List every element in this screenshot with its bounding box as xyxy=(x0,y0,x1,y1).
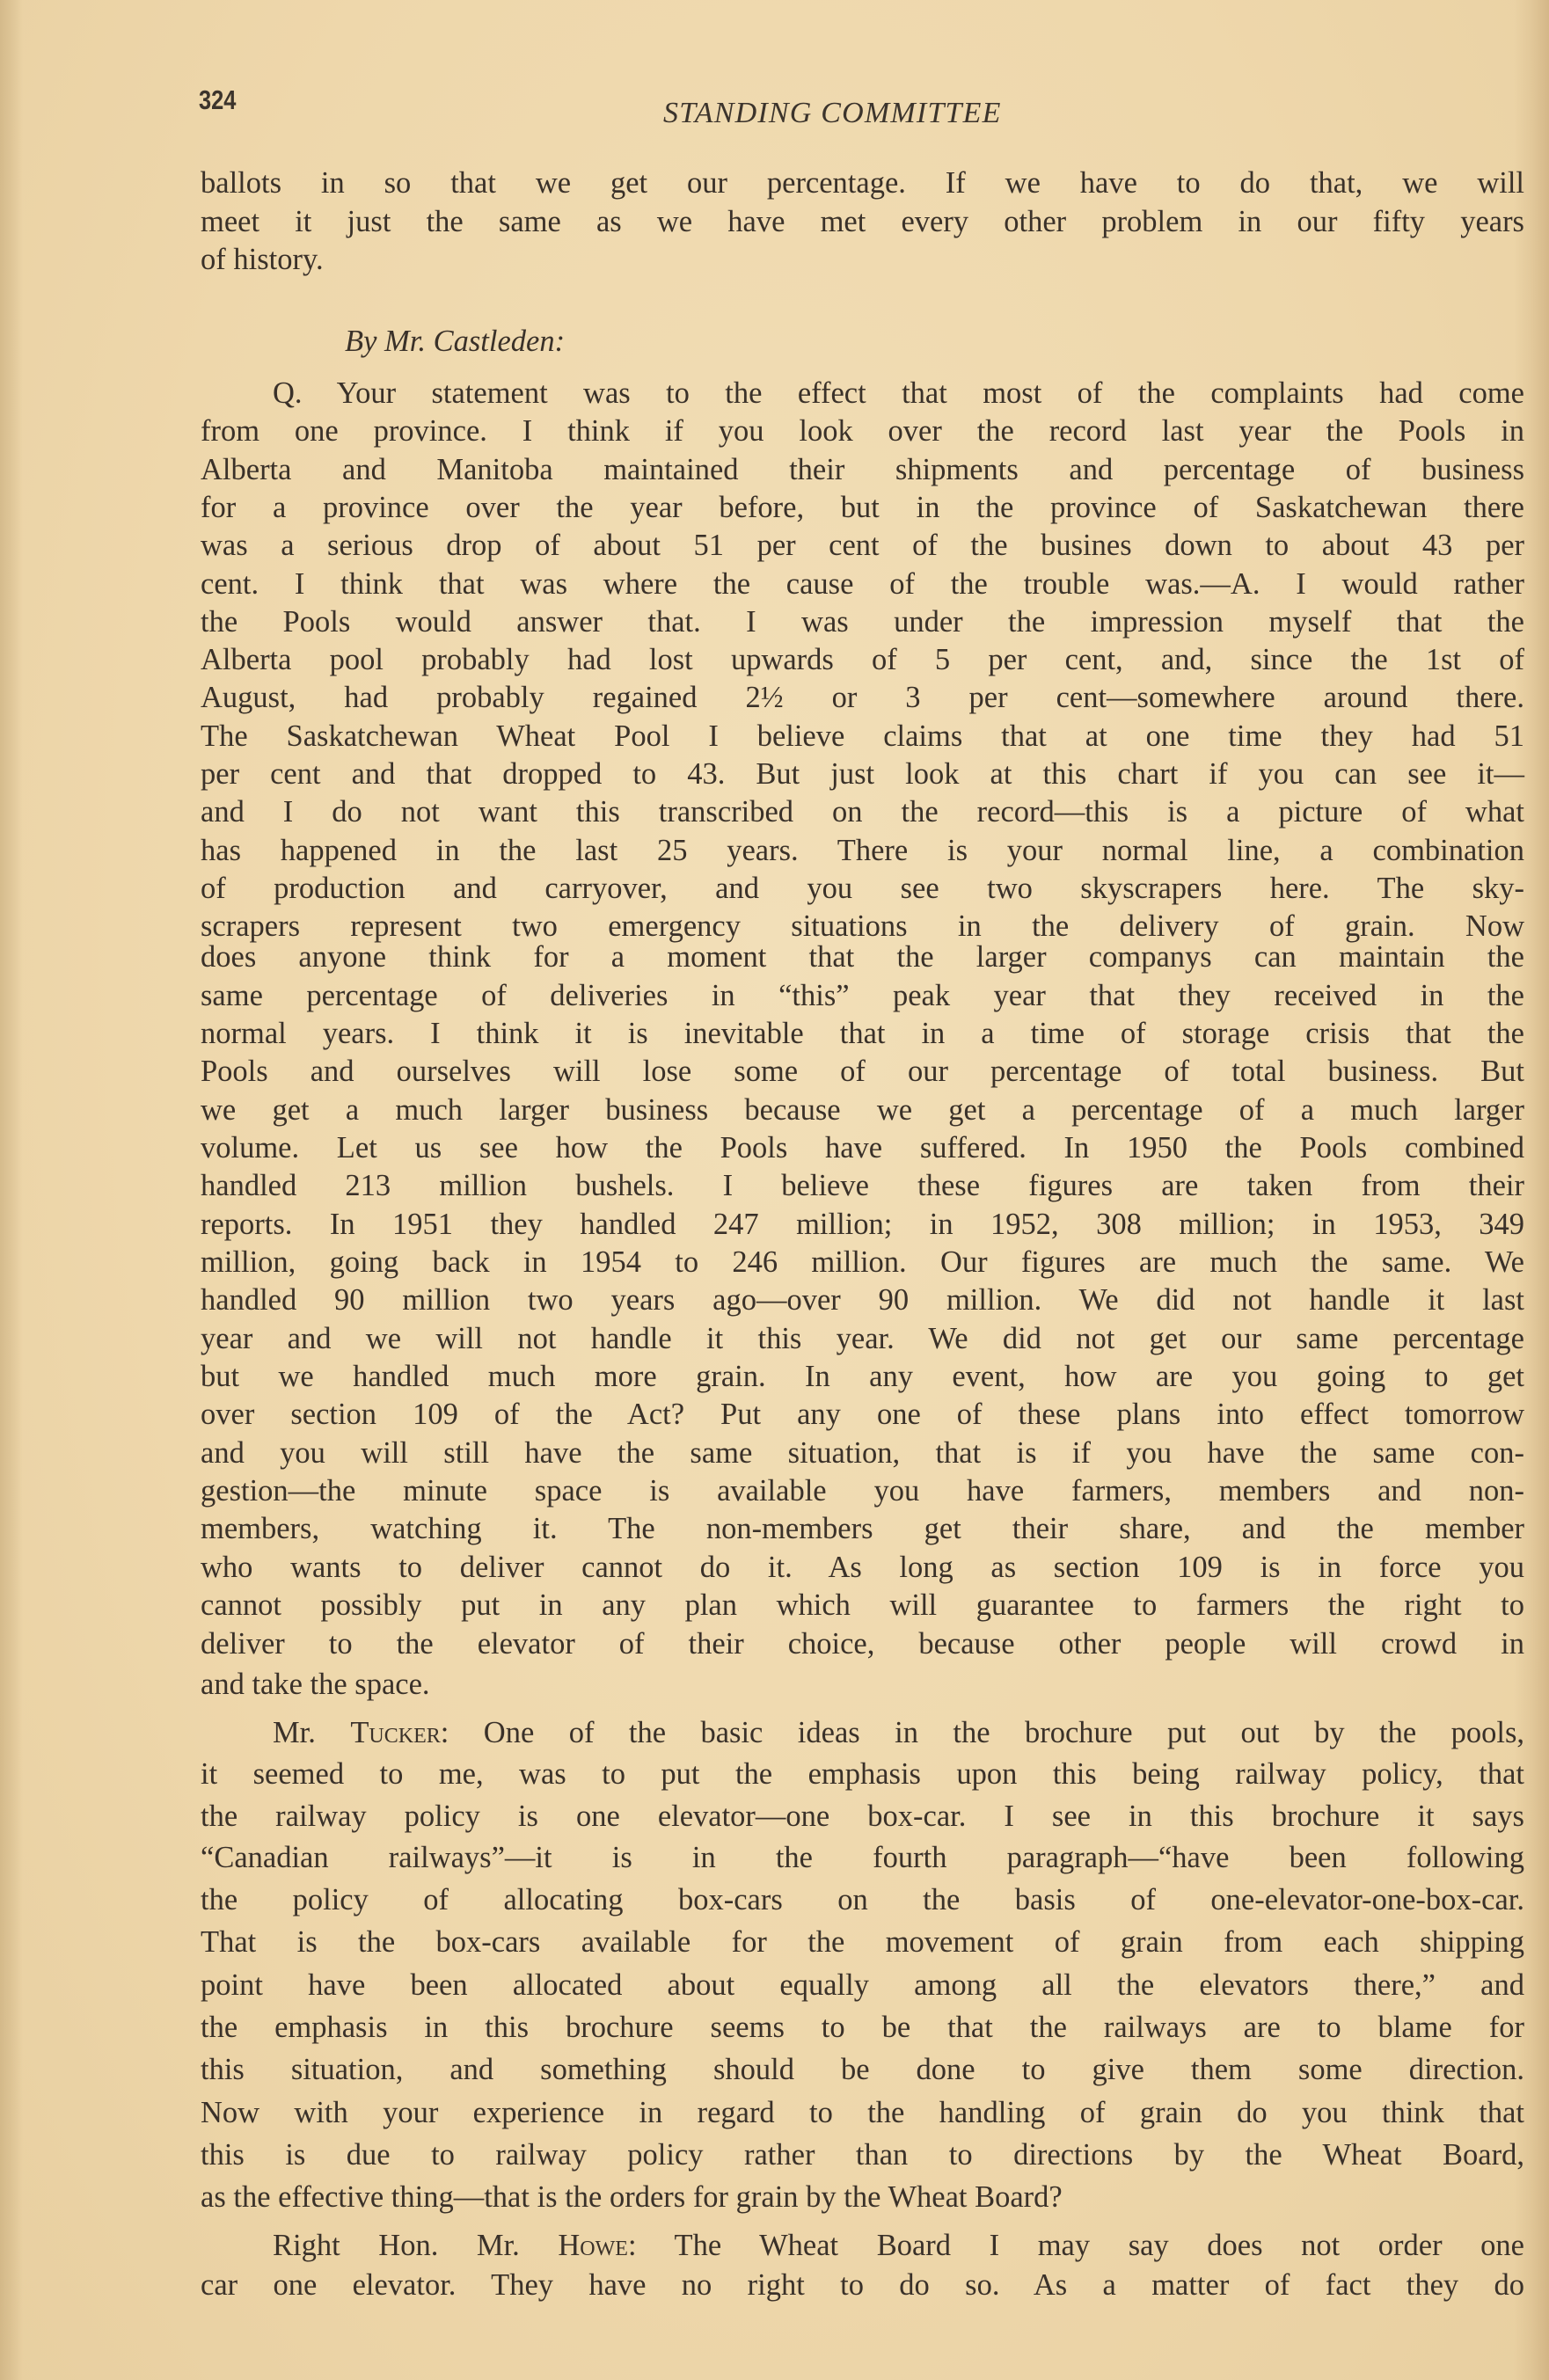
text-line: year and we will not handle it this year… xyxy=(201,1321,1524,1356)
text-line: of history. xyxy=(201,242,1524,277)
document-page: 324 STANDING COMMITTEE ballots in so tha… xyxy=(0,0,1549,2380)
text-line: The Saskatchewan Wheat Pool I believe cl… xyxy=(201,719,1524,754)
text-line: Right Hon. Mr. Howe: The Wheat Board I m… xyxy=(201,2228,1524,2263)
text-line: August, had probably regained 2½ or 3 pe… xyxy=(201,680,1524,715)
speaker-prefix: Right Hon. Mr. xyxy=(273,2229,558,2262)
text-line: handled 90 million two years ago—over 90… xyxy=(201,1282,1524,1318)
questioner-byline: By Mr. Castleden: xyxy=(345,324,565,359)
text-line: this situation, and something should be … xyxy=(201,2052,1524,2087)
text-line: Now with your experience in regard to th… xyxy=(201,2095,1524,2130)
text-line: deliver to the elevator of their choice,… xyxy=(201,1626,1524,1661)
text-line: million, going back in 1954 to 246 milli… xyxy=(201,1245,1524,1280)
text-line: Alberta and Manitoba maintained their sh… xyxy=(201,452,1524,487)
text-line: Alberta pool probably had lost upwards o… xyxy=(201,642,1524,677)
text-line: the Pools would answer that. I was under… xyxy=(201,604,1524,639)
text-line: and take the space. xyxy=(201,1667,1524,1702)
text-line: reports. In 1951 they handled 247 millio… xyxy=(201,1207,1524,1242)
text-line: this is due to railway policy rather tha… xyxy=(201,2137,1524,2172)
text-line: for a province over the year before, but… xyxy=(201,490,1524,525)
text-line: cannot possibly put in any plan which wi… xyxy=(201,1588,1524,1623)
text-line: over section 109 of the Act? Put any one… xyxy=(201,1397,1524,1432)
text-line: scrapers represent two emergency situati… xyxy=(201,909,1524,944)
text-line: the emphasis in this brochure seems to b… xyxy=(201,2010,1524,2045)
text-line: volume. Let us see how the Pools have su… xyxy=(201,1130,1524,1165)
text-line: has happened in the last 25 years. There… xyxy=(201,833,1524,868)
text-line: car one elevator. They have no right to … xyxy=(201,2267,1524,2303)
text-line: as the effective thing—that is the order… xyxy=(201,2179,1524,2215)
text-line: Q. Your statement was to the effect that… xyxy=(201,376,1524,411)
text-line: who wants to deliver cannot do it. As lo… xyxy=(201,1550,1524,1585)
text-line: That is the box-cars available for the m… xyxy=(201,1924,1524,1960)
text-line: the policy of allocating box-cars on the… xyxy=(201,1882,1524,1917)
text-line: ballots in so that we get our percentage… xyxy=(201,165,1524,201)
page-number: 324 xyxy=(199,84,236,116)
text-line: Pools and ourselves will lose some of ou… xyxy=(201,1054,1524,1089)
text-line: from one province. I think if you look o… xyxy=(201,413,1524,449)
speaker-name: Tucker xyxy=(350,1716,440,1749)
text-line: we get a much larger business because we… xyxy=(201,1092,1524,1128)
text-line: cent. I think that was where the cause o… xyxy=(201,566,1524,602)
text-line: gestion—the minute space is available yo… xyxy=(201,1473,1524,1508)
text-line: point have been allocated about equally … xyxy=(201,1968,1524,2003)
text-line: meet it just the same as we have met eve… xyxy=(201,204,1524,239)
speaker-prefix: Mr. xyxy=(273,1716,350,1749)
text-line: it seemed to me, was to put the emphasis… xyxy=(201,1756,1524,1792)
text-line: Mr. Tucker: One of the basic ideas in th… xyxy=(201,1715,1524,1750)
text-line: does anyone think for a moment that the … xyxy=(201,939,1524,975)
text-line: the railway policy is one elevator—one b… xyxy=(201,1799,1524,1834)
text-line: members, watching it. The non-members ge… xyxy=(201,1511,1524,1546)
text-line: but we handled much more grain. In any e… xyxy=(201,1359,1524,1394)
line-text: : The Wheat Board I may say does not ord… xyxy=(628,2229,1524,2262)
text-line: same percentage of deliveries in “this” … xyxy=(201,978,1524,1013)
text-line: handled 213 million bushels. I believe t… xyxy=(201,1168,1524,1203)
text-line: of production and carryover, and you see… xyxy=(201,871,1524,906)
speaker-name: Howe xyxy=(558,2229,628,2262)
text-line: per cent and that dropped to 43. But jus… xyxy=(201,756,1524,792)
text-line: and I do not want this transcribed on th… xyxy=(201,794,1524,829)
text-line: normal years. I think it is inevitable t… xyxy=(201,1016,1524,1051)
text-line: was a serious drop of about 51 per cent … xyxy=(201,528,1524,563)
text-line: “Canadian railways”—it is in the fourth … xyxy=(201,1840,1524,1875)
running-head: STANDING COMMITTEE xyxy=(663,97,1075,130)
text-line: and you will still have the same situati… xyxy=(201,1435,1524,1471)
line-text: : One of the basic ideas in the brochure… xyxy=(441,1716,1524,1749)
